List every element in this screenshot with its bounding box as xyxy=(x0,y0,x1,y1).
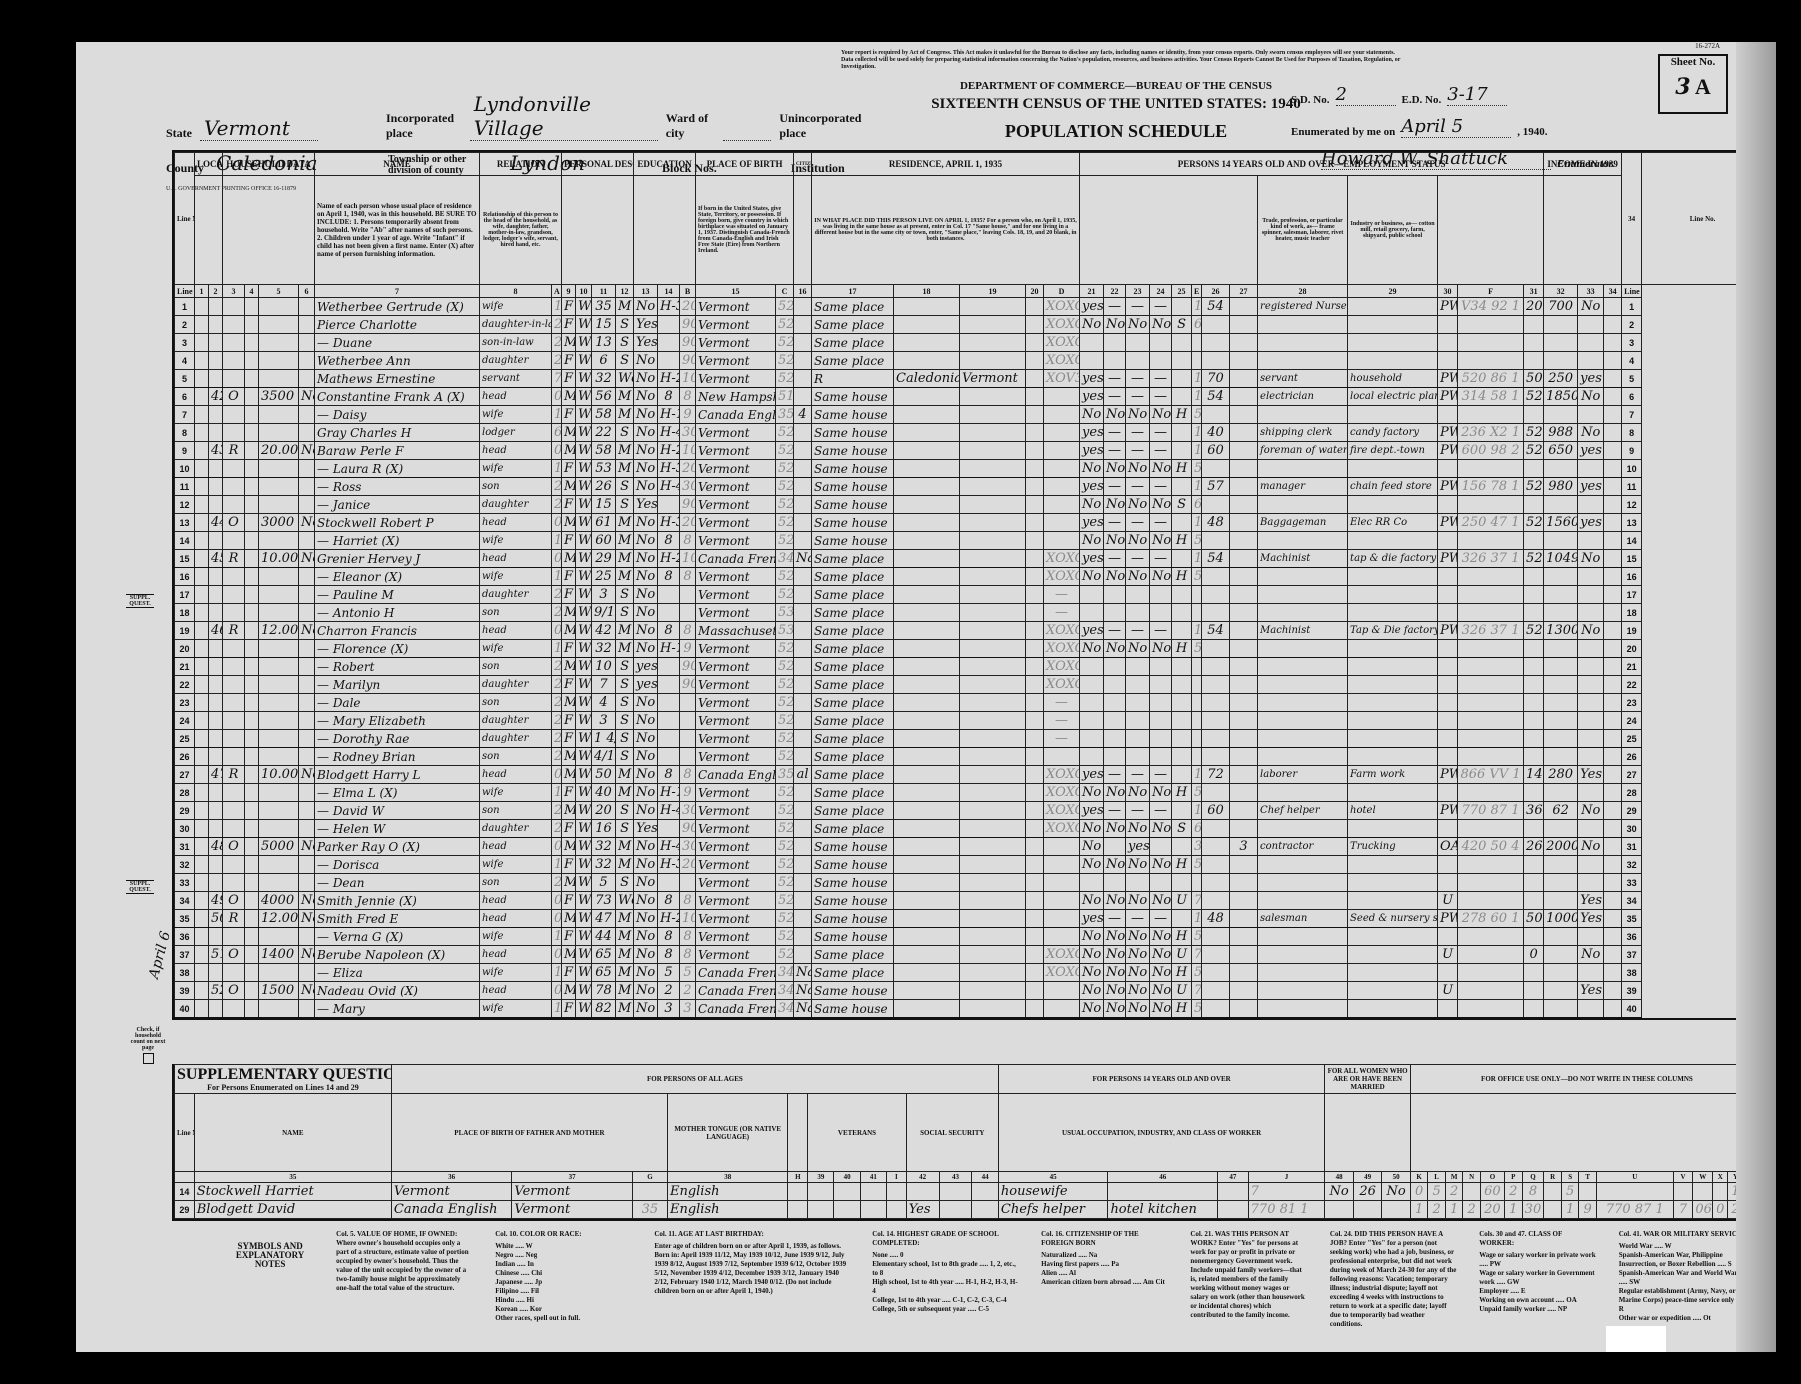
cell-age: 65 xyxy=(592,946,616,964)
cell-c22: — xyxy=(1104,442,1126,460)
line-number: 9 xyxy=(175,442,195,460)
cell-farm-schedule xyxy=(1604,892,1622,910)
cell-other: Yes xyxy=(1578,982,1604,1000)
cell-a: 1 xyxy=(552,532,562,550)
cell-f: 326 37 1 xyxy=(1458,550,1524,568)
cell-c23: No xyxy=(1126,532,1150,550)
cell-res-county xyxy=(894,748,960,766)
cell-school: No xyxy=(634,532,658,550)
cell-c: 52 xyxy=(776,658,794,676)
cell-wages xyxy=(1544,604,1578,622)
cell-c22: No xyxy=(1104,928,1126,946)
cell-industry: tap & die factory xyxy=(1348,550,1438,568)
cell-c22: — xyxy=(1104,766,1126,784)
cell-res-county xyxy=(894,910,960,928)
cell-sex: F xyxy=(562,712,576,730)
table-row: 14— Harriet (X)wife1FW60MNo88Vermont52Sa… xyxy=(175,532,1764,550)
cell-farm-schedule xyxy=(1604,694,1622,712)
cell-c23: — xyxy=(1126,424,1150,442)
cell-race: W xyxy=(576,406,592,424)
cell-res-city: Same place xyxy=(812,802,894,820)
cell-industry xyxy=(1348,658,1438,676)
cell-c21: No xyxy=(1080,316,1104,334)
supp-cell-code: 35 xyxy=(632,1201,667,1219)
supp-office-cell: 5 xyxy=(1561,1183,1579,1201)
cell-hh xyxy=(223,676,245,694)
cell-res-county xyxy=(894,640,960,658)
cell-c25 xyxy=(1172,388,1192,406)
cell-name: Mathews Ernestine xyxy=(315,370,480,388)
cell-house xyxy=(209,604,223,622)
cell-value xyxy=(259,820,299,838)
cell-d: XOXO xyxy=(1044,784,1080,802)
table-row: 32— Doriscawife1FW32MNoH-320Vermont52Sam… xyxy=(175,856,1764,874)
cell-res-state xyxy=(960,802,1026,820)
note-item: High school, 1st to 4th year ..... H-1, … xyxy=(872,1278,1019,1296)
cell-c26 xyxy=(1202,352,1230,370)
cell-wages: 2000 xyxy=(1544,838,1578,856)
cell-c25 xyxy=(1172,298,1192,316)
cell-relation: wife xyxy=(480,640,552,658)
supp-cell-ss44 xyxy=(972,1201,998,1219)
incorporated-place-value: Lyndonville Village xyxy=(470,92,658,141)
line-number: 26 xyxy=(175,748,195,766)
cell-school: No xyxy=(634,550,658,568)
cell-c27 xyxy=(1230,604,1258,622)
cell-farm xyxy=(299,568,315,586)
cell-e: 7 xyxy=(1192,982,1202,1000)
cell-sex: M xyxy=(562,982,576,1000)
cell-b: 90 xyxy=(680,316,696,334)
cell-relation: son xyxy=(480,748,552,766)
line-number: 6 xyxy=(175,388,195,406)
column-number: 34 xyxy=(1604,285,1622,298)
cell-res-county xyxy=(894,856,960,874)
cell-c27 xyxy=(1230,748,1258,766)
cell-c27 xyxy=(1230,568,1258,586)
cell-res-farm xyxy=(1026,370,1044,388)
cell-c23 xyxy=(1126,352,1150,370)
cell-occupation xyxy=(1258,892,1348,910)
supp-column-number: N xyxy=(1463,1172,1481,1183)
cell-f xyxy=(1458,316,1524,334)
cell-c26 xyxy=(1202,856,1230,874)
cell-wages xyxy=(1544,316,1578,334)
cell-hh: O xyxy=(223,388,245,406)
column-number: 28 xyxy=(1258,285,1348,298)
supp-column-number: M xyxy=(1445,1172,1463,1183)
cell-res-farm xyxy=(1026,892,1044,910)
cell-e: 1 xyxy=(1192,478,1202,496)
table-row: 3751O1400NoBerube Napoleon (X)head0MW65M… xyxy=(175,946,1764,964)
cell-own xyxy=(245,334,259,352)
cell-occupation: Machinist xyxy=(1258,622,1348,640)
cell-res-city: Same place xyxy=(812,316,894,334)
cell-res-state xyxy=(960,424,1026,442)
notes-title: SYMBOLS AND EXPLANATORY NOTES xyxy=(226,1230,314,1330)
table-row: 29— David Wson2MW20SNoH-430Vermont52Same… xyxy=(175,802,1764,820)
cell-res-city: Same place xyxy=(812,694,894,712)
cell-b: 10 xyxy=(680,910,696,928)
column-number: 31 xyxy=(1524,285,1544,298)
cell-c23: No xyxy=(1126,964,1150,982)
cell-res-farm xyxy=(1026,874,1044,892)
cell-c25: H xyxy=(1172,460,1192,478)
cell-e: 1 xyxy=(1192,766,1202,784)
cell-birthplace: Vermont xyxy=(696,334,776,352)
cell-farm: No xyxy=(299,442,315,460)
cell-f xyxy=(1458,334,1524,352)
cell-c23: No xyxy=(1126,460,1150,478)
cell-farm xyxy=(299,298,315,316)
cell-res-farm xyxy=(1026,496,1044,514)
cell-e: 7 xyxy=(1192,946,1202,964)
line-number: 1 xyxy=(175,298,195,316)
column-number: E xyxy=(1192,285,1202,298)
cell-e xyxy=(1192,334,1202,352)
cell-c: 52 xyxy=(776,640,794,658)
cell-industry: Elec RR Co xyxy=(1348,514,1438,532)
table-row: 7— Daisywife1FW58MNoH-19Canada English35… xyxy=(175,406,1764,424)
cell-own xyxy=(245,298,259,316)
cell-res-county xyxy=(894,604,960,622)
cell-e xyxy=(1192,874,1202,892)
cell-grade: H-4 xyxy=(658,424,680,442)
cell-wages xyxy=(1544,676,1578,694)
cell-c27 xyxy=(1230,820,1258,838)
cell-value xyxy=(259,874,299,892)
cell-c24: — xyxy=(1150,370,1172,388)
table-row: 33— Deanson2MW5SNoVermont52Same house33 xyxy=(175,874,1764,892)
note-item: Filipino ..... Fil xyxy=(495,1287,632,1296)
cell-house xyxy=(209,298,223,316)
cell-name: — Laura R (X) xyxy=(315,460,480,478)
cell-e: 5 xyxy=(1192,640,1202,658)
table-row: 5Mathews Ernestineservant7FW32WdNoH-210V… xyxy=(175,370,1764,388)
cell-farm xyxy=(299,370,315,388)
note-item: Wage or salary worker in private work ..… xyxy=(1479,1251,1597,1269)
cell-other xyxy=(1578,334,1604,352)
cell-street xyxy=(195,352,209,370)
cell-industry xyxy=(1348,712,1438,730)
cell-birthplace: Canada French xyxy=(696,550,776,568)
table-row: 17— Pauline Mdaughter2FW3SNoVermont52Sam… xyxy=(175,586,1764,604)
cell-own xyxy=(245,928,259,946)
cell-birthplace: Canada French xyxy=(696,982,776,1000)
cell-birthplace: Vermont xyxy=(696,820,776,838)
table-row: 23— Daleson2MW4SNoVermont52Same place—23 xyxy=(175,694,1764,712)
line-number-right: 25 xyxy=(1622,730,1642,748)
cell-c23: yes xyxy=(1126,838,1150,856)
supp-cell-ss42 xyxy=(906,1183,939,1201)
cell-cit xyxy=(794,334,812,352)
cell-farm xyxy=(299,460,315,478)
table-row: 943R20.00NoBaraw Perle Fhead0MW58MNoH-21… xyxy=(175,442,1764,460)
table-row: 1Wetherbee Gertrude (X)wife1FW35MNoH-320… xyxy=(175,298,1764,316)
cell-wages xyxy=(1544,892,1578,910)
cell-res-state xyxy=(960,532,1026,550)
cell-street xyxy=(195,532,209,550)
cell-c22 xyxy=(1104,694,1126,712)
cell-c21: No xyxy=(1080,406,1104,424)
cell-c25: U xyxy=(1172,946,1192,964)
cell-occupation xyxy=(1258,874,1348,892)
cell-c21: yes xyxy=(1080,442,1104,460)
cell-age: 82 xyxy=(592,1000,616,1018)
cell-farm-schedule xyxy=(1604,370,1622,388)
cell-cit xyxy=(794,460,812,478)
supp-column-number-row: 353637G38H394041I424344454647J484950KLMN… xyxy=(175,1172,1764,1183)
cell-c23: No xyxy=(1126,946,1150,964)
cell-wages xyxy=(1544,568,1578,586)
cell-c26 xyxy=(1202,838,1230,856)
cell-cls: PW xyxy=(1438,910,1458,928)
cell-sex: F xyxy=(562,964,576,982)
cell-c26: 60 xyxy=(1202,802,1230,820)
cell-f xyxy=(1458,712,1524,730)
supp-cell-father: Canada English xyxy=(391,1201,512,1219)
cell-marital: S xyxy=(616,604,634,622)
cell-res-farm xyxy=(1026,748,1044,766)
cell-grade: H-2 xyxy=(658,442,680,460)
cell-industry xyxy=(1348,982,1438,1000)
cell-own xyxy=(245,550,259,568)
cell-sex: F xyxy=(562,370,576,388)
cell-name: — Ross xyxy=(315,478,480,496)
cell-res-city: Same place xyxy=(812,784,894,802)
cell-other xyxy=(1578,460,1604,478)
cell-res-state xyxy=(960,694,1026,712)
cell-house xyxy=(209,640,223,658)
cell-occupation xyxy=(1258,946,1348,964)
cell-other xyxy=(1578,730,1604,748)
cell-f: 600 98 2 xyxy=(1458,442,1524,460)
cell-res-city: Same place xyxy=(812,550,894,568)
cell-grade: H-1 xyxy=(658,406,680,424)
cell-relation: son-in-law xyxy=(480,334,552,352)
cell-occupation xyxy=(1258,676,1348,694)
cell-c27: 3 xyxy=(1230,838,1258,856)
cell-relation: lodger xyxy=(480,424,552,442)
cell-school: No xyxy=(634,568,658,586)
cell-street xyxy=(195,730,209,748)
supp-column-number: 43 xyxy=(939,1172,972,1183)
cell-race: W xyxy=(576,748,592,766)
cell-street xyxy=(195,406,209,424)
line-number-right: 13 xyxy=(1622,514,1642,532)
column-number: 1 xyxy=(195,285,209,298)
cell-own xyxy=(245,532,259,550)
cell-hh: R xyxy=(223,442,245,460)
group-residence: RESIDENCE, APRIL 1, 1935 xyxy=(812,153,1080,176)
cell-cit xyxy=(794,694,812,712)
cell-sex: F xyxy=(562,568,576,586)
cell-own xyxy=(245,856,259,874)
cell-f: 236 X2 1 xyxy=(1458,424,1524,442)
cell-a: 2 xyxy=(552,802,562,820)
cell-wages xyxy=(1544,946,1578,964)
cell-res-state xyxy=(960,946,1026,964)
cell-birthplace: Vermont xyxy=(696,910,776,928)
cell-grade: 8 xyxy=(658,946,680,964)
cell-name: Smith Jennie (X) xyxy=(315,892,480,910)
cell-b: 8 xyxy=(680,928,696,946)
household-checkbox[interactable] xyxy=(143,1053,154,1064)
sheet-number-box: Sheet No. 3 A xyxy=(1658,54,1728,114)
cell-race: W xyxy=(576,604,592,622)
note-item: Alien ..... Al xyxy=(1041,1269,1168,1278)
cell-sex: F xyxy=(562,298,576,316)
cell-f xyxy=(1458,820,1524,838)
supp-cell-c50: No xyxy=(1382,1183,1411,1201)
cell-other: No xyxy=(1578,946,1604,964)
cell-cls xyxy=(1438,820,1458,838)
cell-wages: 1850 xyxy=(1544,388,1578,406)
cell-e: 5 xyxy=(1192,460,1202,478)
cell-c22 xyxy=(1104,748,1126,766)
cell-street xyxy=(195,748,209,766)
cell-occupation xyxy=(1258,694,1348,712)
cell-farm xyxy=(299,820,315,838)
cell-school: No xyxy=(634,604,658,622)
cell-marital: S xyxy=(616,658,634,676)
cell-c22: No xyxy=(1104,1000,1126,1018)
cell-res-farm xyxy=(1026,676,1044,694)
cell-res-city: Same place xyxy=(812,766,894,784)
cell-relation: head xyxy=(480,622,552,640)
cell-c22: — xyxy=(1104,802,1126,820)
cell-c21: yes xyxy=(1080,370,1104,388)
group-name: NAME xyxy=(315,153,480,176)
cell-a: 1 xyxy=(552,964,562,982)
cell-house xyxy=(209,496,223,514)
cell-relation: wife xyxy=(480,406,552,424)
cell-farm: No xyxy=(299,622,315,640)
cell-c21: No xyxy=(1080,928,1104,946)
cell-farm xyxy=(299,694,315,712)
supp-office-cell: 1 xyxy=(1410,1201,1428,1219)
cell-farm-schedule xyxy=(1604,604,1622,622)
cell-grade xyxy=(658,316,680,334)
cell-relation: son xyxy=(480,802,552,820)
cell-res-state xyxy=(960,712,1026,730)
cell-c: 52 xyxy=(776,316,794,334)
cell-farm: No xyxy=(299,388,315,406)
cell-farm-schedule xyxy=(1604,802,1622,820)
cell-c25: H xyxy=(1172,964,1192,982)
cell-weeks xyxy=(1524,460,1544,478)
cell-industry: hotel xyxy=(1348,802,1438,820)
column-number: 8 xyxy=(480,285,552,298)
cell-value: 5000 xyxy=(259,838,299,856)
cell-c21 xyxy=(1080,730,1104,748)
supp-cell-empty xyxy=(834,1183,860,1201)
cell-c27 xyxy=(1230,982,1258,1000)
supp-cell-mother: Vermont xyxy=(512,1183,633,1201)
cell-marital: M xyxy=(616,388,634,406)
line-number-right: 2 xyxy=(1622,316,1642,334)
line-number: 2 xyxy=(175,316,195,334)
cell-res-state xyxy=(960,316,1026,334)
cell-c27 xyxy=(1230,352,1258,370)
note-item: White ..... W xyxy=(495,1242,632,1251)
cell-farm-schedule xyxy=(1604,514,1622,532)
cell-own xyxy=(245,496,259,514)
cell-sex: M xyxy=(562,838,576,856)
cell-d xyxy=(1044,388,1080,406)
cell-hh xyxy=(223,478,245,496)
cell-name: Charron Francis xyxy=(315,622,480,640)
cell-b: 8 xyxy=(680,622,696,640)
cell-house xyxy=(209,334,223,352)
cell-grade xyxy=(658,820,680,838)
cell-school: Yes xyxy=(634,316,658,334)
supp-column-number: Q xyxy=(1522,1172,1544,1183)
cell-grade xyxy=(658,352,680,370)
cell-c21 xyxy=(1080,658,1104,676)
cell-industry xyxy=(1348,352,1438,370)
cell-hh xyxy=(223,964,245,982)
cell-industry xyxy=(1348,1000,1438,1018)
cell-marital: M xyxy=(616,1000,634,1018)
desc-birth: If born in the United States, give State… xyxy=(696,176,794,285)
cell-c26: 48 xyxy=(1202,514,1230,532)
cell-cit xyxy=(794,640,812,658)
cell-c24 xyxy=(1150,658,1172,676)
cell-e: 1 xyxy=(1192,910,1202,928)
cell-relation: wife xyxy=(480,568,552,586)
cell-cit xyxy=(794,820,812,838)
cell-birthplace: Vermont xyxy=(696,892,776,910)
cell-sex: M xyxy=(562,388,576,406)
cell-marital: M xyxy=(616,460,634,478)
line-number: 10 xyxy=(175,460,195,478)
cell-e xyxy=(1192,604,1202,622)
supp-column-number: L xyxy=(1428,1172,1446,1183)
cell-value xyxy=(259,478,299,496)
cell-res-county xyxy=(894,712,960,730)
cell-race: W xyxy=(576,784,592,802)
cell-race: W xyxy=(576,586,592,604)
cell-school: No xyxy=(634,910,658,928)
cell-occupation: contractor xyxy=(1258,838,1348,856)
line-number-right: 15 xyxy=(1622,550,1642,568)
cell-farm-schedule xyxy=(1604,298,1622,316)
supp-column-number: G xyxy=(632,1172,667,1183)
cell-c22: — xyxy=(1104,424,1126,442)
cell-relation: head xyxy=(480,550,552,568)
cell-marital: M xyxy=(616,298,634,316)
cell-value: 3500 xyxy=(259,388,299,406)
cell-a: 2 xyxy=(552,316,562,334)
cell-c26 xyxy=(1202,712,1230,730)
cell-a: 2 xyxy=(552,496,562,514)
cell-wages xyxy=(1544,856,1578,874)
line-number: 36 xyxy=(175,928,195,946)
cell-industry: fire dept.-town xyxy=(1348,442,1438,460)
column-number: C xyxy=(776,285,794,298)
cell-res-state xyxy=(960,334,1026,352)
cell-relation: wife xyxy=(480,964,552,982)
cell-res-state xyxy=(960,586,1026,604)
cell-farm-schedule xyxy=(1604,982,1622,1000)
cell-res-farm xyxy=(1026,658,1044,676)
cell-own xyxy=(245,316,259,334)
cell-age: 44 xyxy=(592,928,616,946)
cell-cit xyxy=(794,676,812,694)
cell-relation: wife xyxy=(480,856,552,874)
cell-own xyxy=(245,406,259,424)
